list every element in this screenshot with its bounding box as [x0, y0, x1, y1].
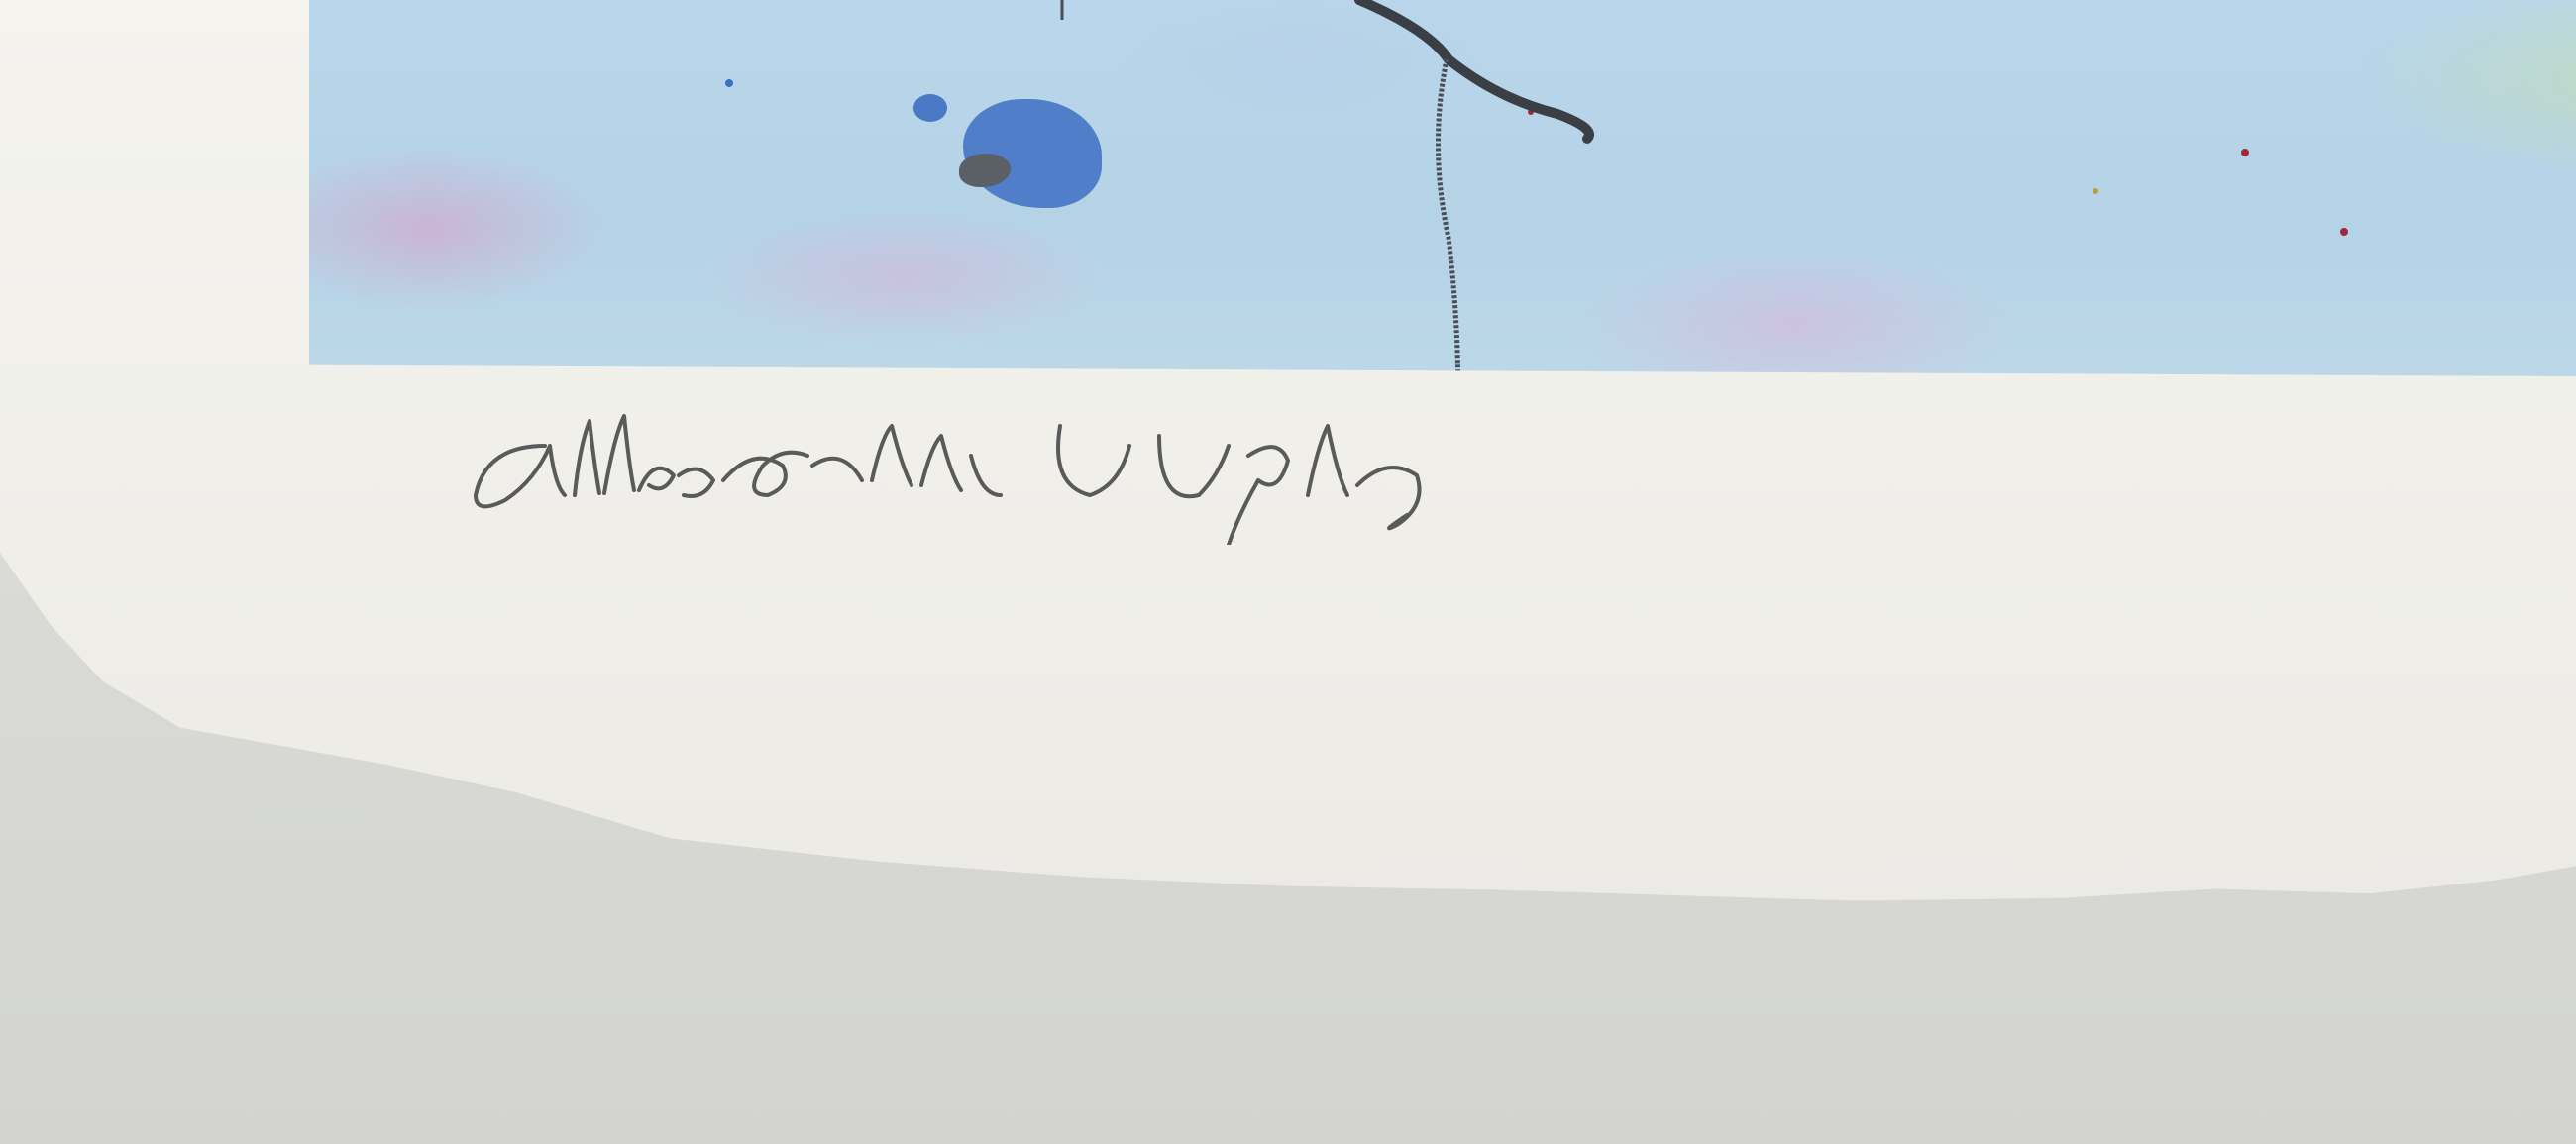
artist-signature: alexander vogel: [466, 386, 1714, 545]
artwork-image-area: [309, 0, 2576, 376]
branch-stroke: [309, 0, 2576, 376]
